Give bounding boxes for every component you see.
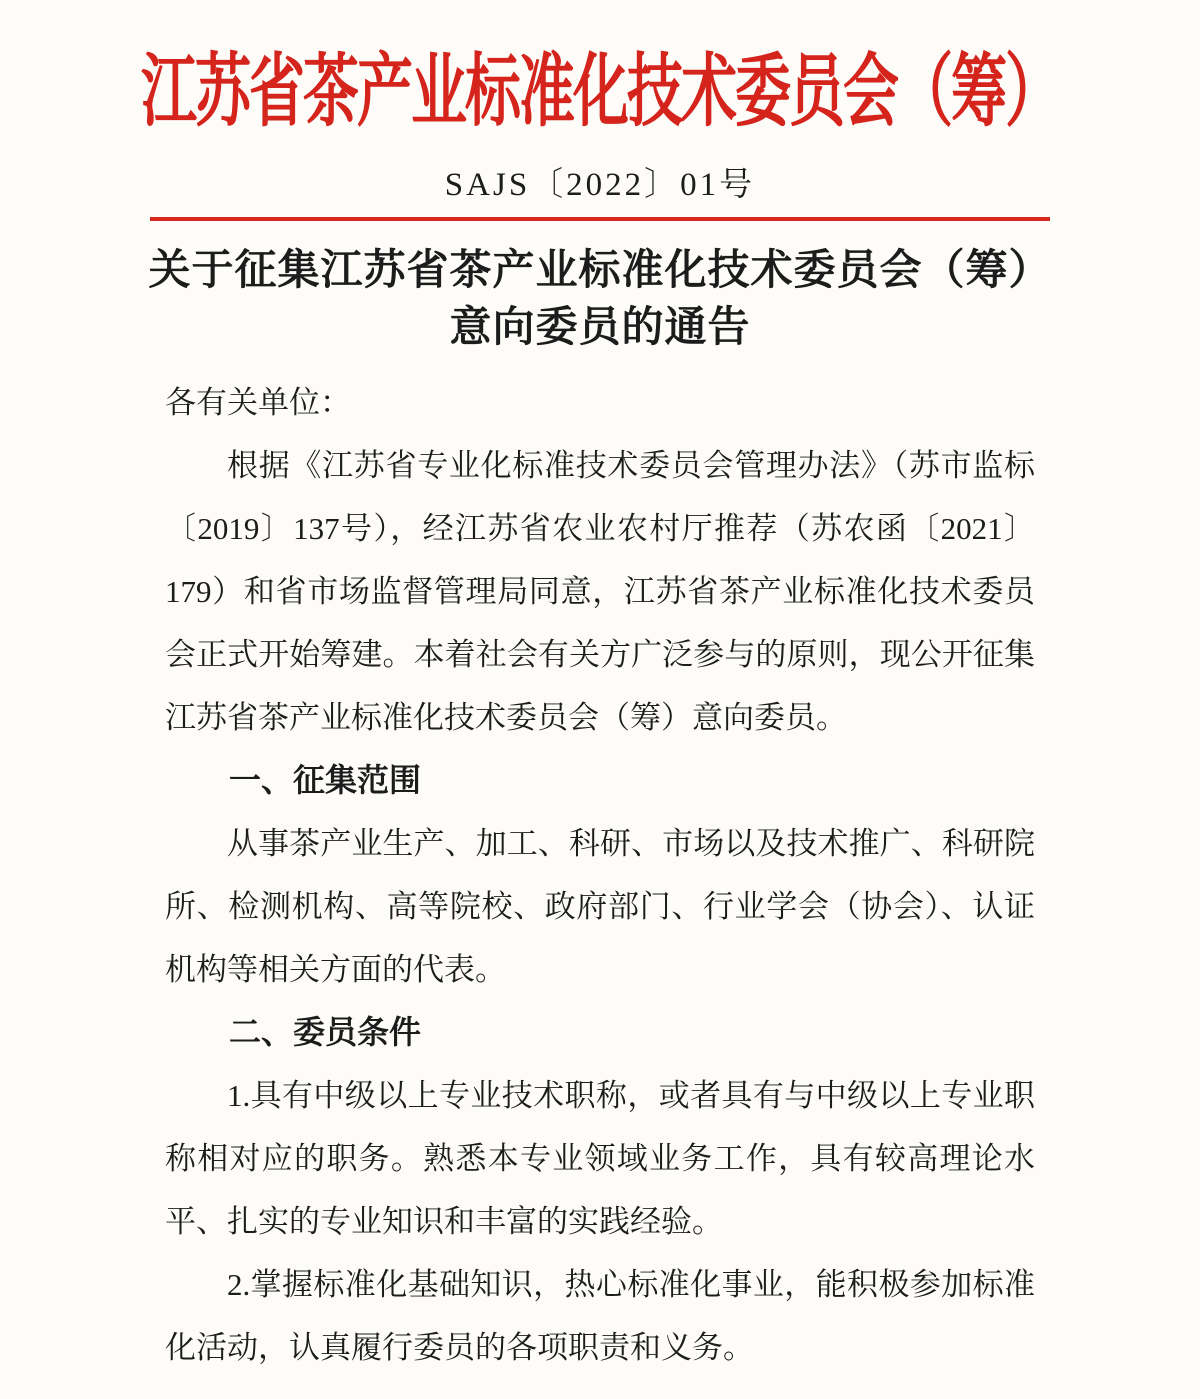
document-title-line2: 意向委员的通告 (0, 300, 1200, 357)
paragraph-basis: 根据《江苏省专业化标准技术委员会管理办法》（苏市监标〔2019〕137号），经江… (165, 434, 1035, 749)
document-body: 各有关单位： 根据《江苏省专业化标准技术委员会管理办法》（苏市监标〔2019〕1… (165, 371, 1035, 1379)
section-heading-requirements: 二、委员条件 (165, 1001, 1035, 1064)
document-number: SAJS〔2022〕01号 (0, 158, 1200, 205)
red-rule-divider (150, 217, 1050, 221)
paragraph-requirement-1: 1.具有中级以上专业技术职称，或者具有与中级以上专业职称相对应的职务。熟悉本专业… (165, 1064, 1035, 1253)
document-page: 江苏省茶产业标准化技术委员会（筹） SAJS〔2022〕01号 关于征集江苏省茶… (0, 0, 1200, 1399)
section-heading-scope: 一、征集范围 (165, 749, 1035, 812)
letterhead: 江苏省茶产业标准化技术委员会（筹） (0, 34, 1200, 138)
paragraph-requirement-2: 2.掌握标准化基础知识，热心标准化事业，能积极参加标准化活动，认真履行委员的各项… (165, 1253, 1035, 1379)
document-title: 关于征集江苏省茶产业标准化技术委员会（筹） 意向委员的通告 (0, 243, 1200, 357)
letterhead-title: 江苏省茶产业标准化技术委员会（筹） (141, 29, 1059, 143)
document-title-line1: 关于征集江苏省茶产业标准化技术委员会（筹） (0, 243, 1200, 300)
paragraph-scope: 从事茶产业生产、加工、科研、市场以及技术推广、科研院所、检测机构、高等院校、政府… (165, 812, 1035, 1001)
salutation: 各有关单位： (165, 371, 1035, 434)
